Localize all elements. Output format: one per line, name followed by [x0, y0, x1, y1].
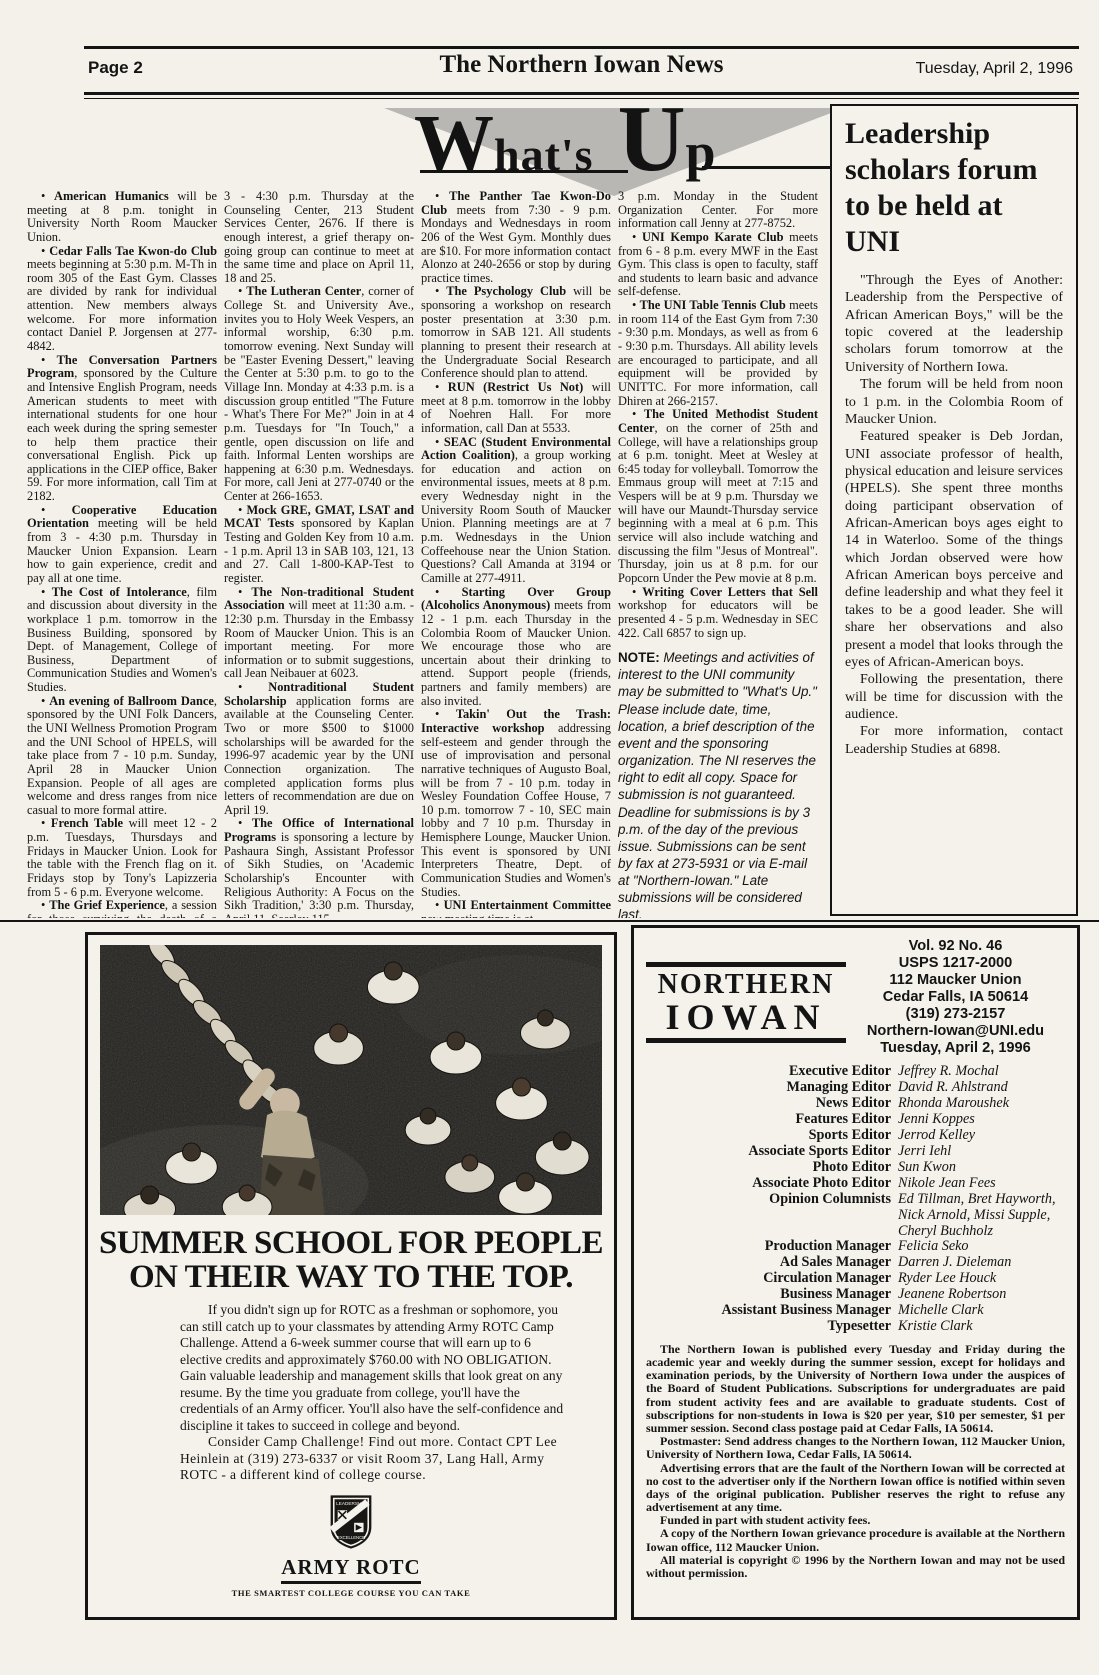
event-item: • UNI Kempo Karate Club meets from 6 - 8…: [618, 231, 818, 299]
bullet-glyph: •: [238, 680, 268, 694]
staff-name: Michelle Clark: [891, 1303, 984, 1319]
bullet-glyph: •: [41, 816, 51, 830]
header-rule-top: [84, 46, 1079, 49]
staff-role: Associate Sports Editor: [646, 1144, 891, 1160]
article-paragraph: Featured speaker is Deb Jordan, UNI asso…: [845, 428, 1063, 671]
event-lead: NOTE:: [618, 650, 660, 665]
event-text: , a group working for education and acti…: [421, 448, 611, 585]
masthead-info-line: Vol. 92 No. 46: [846, 938, 1065, 955]
event-text: is sponsoring a lecture by Pashaura Sing…: [224, 830, 414, 918]
event-text: meets from 12 - 1 p.m. each Thursday in …: [421, 598, 611, 707]
staff-name: David R. Ahlstrand: [891, 1080, 1008, 1096]
ad-logo-block: LEADERSHIP EXCELLENCE ARMY ROTC THE SMAR…: [88, 1493, 614, 1598]
staff-role: News Editor: [646, 1096, 891, 1112]
masthead-info-line: Northern-Iowan@UNI.edu: [846, 1023, 1065, 1040]
banner-letter-w: W: [414, 104, 494, 184]
events-column-3: • The Panther Tae Kwon-Do Club meets fro…: [421, 190, 611, 918]
masthead-paragraph: All material is copyright © 1996 by the …: [646, 1554, 1065, 1580]
events-column-2: 3 - 4:30 p.m. Thursday at the Counseling…: [224, 190, 414, 918]
event-item: • RUN (Restrict Us Not) will meet at 8 p…: [421, 381, 611, 436]
article-paragraph: For more information, contact Leadership…: [845, 723, 1063, 758]
army-rotc-shield-icon: LEADERSHIP EXCELLENCE: [327, 1493, 375, 1551]
event-text: Meetings and activities of interest to t…: [618, 650, 817, 918]
bullet-glyph: •: [41, 694, 49, 708]
staff-name: Ed Tillman, Bret Hayworth, Nick Arnold, …: [891, 1192, 1065, 1240]
bullet-glyph: •: [632, 585, 642, 599]
staff-row: Opinion ColumnistsEd Tillman, Bret Haywo…: [646, 1192, 1065, 1240]
staff-row: Ad Sales ManagerDarren J. Dieleman: [646, 1255, 1065, 1271]
article-paragraph: The forum will be held from noon to 1 p.…: [845, 376, 1063, 428]
event-item: • American Humanics will be meeting at 8…: [27, 190, 217, 245]
event-lead: The Cost of Intolerance: [52, 585, 187, 599]
staff-row: Associate Photo EditorNikole Jean Fees: [646, 1176, 1065, 1192]
event-lead: UNI Kempo Karate Club: [642, 230, 784, 244]
staff-row: Associate Sports EditorJerri Iehl: [646, 1144, 1065, 1160]
event-item: • The Lutheran Center, corner of College…: [224, 285, 414, 503]
masthead-info-line: USPS 1217-2000: [846, 955, 1065, 972]
ad-paragraph: If you didn't sign up for ROTC as a fres…: [180, 1302, 572, 1434]
ad-tagline: THE SMARTEST COLLEGE COURSE YOU CAN TAKE: [88, 1588, 614, 1598]
event-item: 3 p.m. Monday in the Student Organizatio…: [618, 190, 818, 231]
banner-letter-u: U: [618, 92, 686, 186]
northern-iowan-logo: NORTHERN IOWAN: [646, 936, 846, 1056]
event-item: • The UNI Table Tennis Club meets in roo…: [618, 299, 818, 408]
staff-row: Production ManagerFelicia Seko: [646, 1239, 1065, 1255]
staff-role: Executive Editor: [646, 1064, 891, 1080]
event-lead: Writing Cover Letters that Sell: [642, 585, 818, 599]
staff-role: Ad Sales Manager: [646, 1255, 891, 1271]
event-text: will be sponsoring a workshop on researc…: [421, 284, 611, 380]
publication-notes: The Northern Iowan is published every Tu…: [646, 1343, 1065, 1580]
event-lead: The Psychology Club: [446, 284, 566, 298]
event-text: application forms are available at the C…: [224, 694, 414, 817]
event-item: 3 - 4:30 p.m. Thursday at the Counseling…: [224, 190, 414, 285]
event-text: , corner of College St. and University A…: [224, 284, 414, 503]
event-text: workshop for educators will be presented…: [618, 598, 818, 639]
staff-name: Rhonda Maroushek: [891, 1096, 1009, 1112]
event-item: • Cedar Falls Tae Kwon-do Club meets beg…: [27, 245, 217, 354]
staff-name: Jenni Koppes: [891, 1112, 975, 1128]
bullet-glyph: •: [238, 284, 246, 298]
staff-role: Opinion Columnists: [646, 1192, 891, 1240]
bullet-glyph: •: [41, 190, 54, 203]
staff-row: Features EditorJenni Koppes: [646, 1112, 1065, 1128]
staff-row: Executive EditorJeffrey R. Mochal: [646, 1064, 1065, 1080]
banner-word-hats: hat's: [494, 132, 594, 178]
staff-role: Assistant Business Manager: [646, 1303, 891, 1319]
staff-name: Jerri Iehl: [891, 1144, 951, 1160]
event-lead: RUN (Restrict Us Not): [448, 380, 583, 394]
event-item: • The United Methodist Student Center, o…: [618, 408, 818, 585]
issue-date: Tuesday, April 2, 1996: [916, 60, 1073, 78]
bullet-glyph: •: [435, 707, 456, 721]
event-lead: The UNI Table Tennis Club: [640, 298, 786, 312]
staff-name: Jeffrey R. Mochal: [891, 1064, 999, 1080]
staff-role: Production Manager: [646, 1239, 891, 1255]
staff-role: Features Editor: [646, 1112, 891, 1128]
event-lead: UNI Entertainment Committee: [444, 898, 611, 912]
bullet-glyph: •: [632, 230, 642, 244]
ad-body: If you didn't sign up for ROTC as a fres…: [180, 1302, 572, 1483]
event-item: • Starting Over Group (Alcoholics Anonym…: [421, 586, 611, 709]
bullet-glyph: •: [41, 503, 72, 517]
logo-rule-top: [646, 962, 846, 967]
staff-row: Assistant Business ManagerMichelle Clark: [646, 1303, 1065, 1319]
event-item: • Nontraditional Student Scholarship app…: [224, 681, 414, 817]
masthead-box: NORTHERN IOWAN Vol. 92 No. 46USPS 1217-2…: [631, 925, 1080, 1620]
ad-headline-line: SUMMER SCHOOL FOR PEOPLE: [96, 1227, 606, 1261]
ad-headline: SUMMER SCHOOL FOR PEOPLEON THEIR WAY TO …: [96, 1227, 606, 1294]
staff-role: Associate Photo Editor: [646, 1176, 891, 1192]
staff-row: Photo EditorSun Kwon: [646, 1160, 1065, 1176]
whats-up-banner: What'sUp: [372, 104, 872, 199]
event-lead: French Table: [51, 816, 123, 830]
event-item: • Writing Cover Letters that Sell worksh…: [618, 586, 818, 641]
event-text: , on the corner of 25th and College, wil…: [618, 421, 818, 585]
staff-role: Typesetter: [646, 1319, 891, 1335]
leadership-article: Leadership scholars forum to be held at …: [830, 104, 1078, 916]
event-lead: The Lutheran Center: [246, 284, 361, 298]
staff-role: Circulation Manager: [646, 1271, 891, 1287]
event-item: • Cooperative Education Orientation meet…: [27, 504, 217, 586]
logo-line-2: IOWAN: [646, 999, 846, 1035]
staff-list: Executive EditorJeffrey R. MochalManagin…: [646, 1064, 1065, 1334]
events-column-1: • American Humanics will be meeting at 8…: [27, 190, 217, 918]
svg-text:EXCELLENCE: EXCELLENCE: [337, 1535, 365, 1540]
event-item: • Mock GRE, GMAT, LSAT and MCAT Tests sp…: [224, 504, 414, 586]
bullet-glyph: •: [632, 407, 644, 421]
staff-name: Jeanene Robertson: [891, 1287, 1006, 1303]
event-item: • Takin' Out the Trash: Interactive work…: [421, 708, 611, 899]
masthead-info-line: Tuesday, April 2, 1996: [846, 1040, 1065, 1057]
note-paragraph: NOTE: Meetings and activities of interes…: [618, 649, 818, 918]
staff-role: Managing Editor: [646, 1080, 891, 1096]
event-item: • An evening of Ballroom Dance, sponsore…: [27, 695, 217, 818]
event-text: , film and discussion about diversity in…: [27, 585, 217, 694]
event-lead: The Grief Experience: [49, 898, 165, 912]
masthead-paragraph: A copy of the Northern Iowan grievance p…: [646, 1527, 1065, 1553]
event-text: new meeting time is at: [421, 912, 533, 918]
rotc-photo: [100, 945, 602, 1215]
ad-paragraph: Consider Camp Challenge! Find out more. …: [180, 1434, 572, 1483]
event-text: 3 p.m. Monday in the Student Organizatio…: [618, 190, 818, 230]
event-item: • SEAC (Student Environmental Action Coa…: [421, 436, 611, 586]
logo-rule-bottom: [646, 1038, 846, 1043]
staff-role: Photo Editor: [646, 1160, 891, 1176]
event-lead: An evening of Ballroom Dance: [49, 694, 214, 708]
event-text: addressing self-esteem and gender throug…: [421, 721, 611, 899]
event-text: meets from 7:30 - 9 p.m. Mondays and Wed…: [421, 203, 611, 285]
event-item: • The Grief Experience, a session for th…: [27, 899, 217, 918]
masthead-top: NORTHERN IOWAN Vol. 92 No. 46USPS 1217-2…: [646, 936, 1065, 1056]
masthead-paragraph: Advertising errors that are the fault of…: [646, 1462, 1065, 1515]
event-item: • UNI Entertainment Committee new meetin…: [421, 899, 611, 918]
ad-logo-label: ARMY ROTC: [281, 1555, 420, 1584]
ad-headline-line: ON THEIR WAY TO THE TOP.: [96, 1261, 606, 1295]
event-item: • French Table will meet 12 - 2 p.m. Tue…: [27, 817, 217, 899]
logo-line-1: NORTHERN: [646, 970, 846, 999]
staff-row: Circulation ManagerRyder Lee Houck: [646, 1271, 1065, 1287]
event-lead: Cedar Falls Tae Kwon-do Club: [49, 244, 217, 258]
rotc-ad: SUMMER SCHOOL FOR PEOPLEON THEIR WAY TO …: [85, 932, 617, 1620]
masthead-info-line: Cedar Falls, IA 50614: [846, 989, 1065, 1006]
banner-letter-p: p: [685, 125, 715, 179]
event-item: • The Panther Tae Kwon-Do Club meets fro…: [421, 190, 611, 285]
article-body: "Through the Eyes of Another: Leadership…: [845, 272, 1063, 758]
staff-name: Ryder Lee Houck: [891, 1271, 996, 1287]
events-column-4: 3 p.m. Monday in the Student Organizatio…: [618, 190, 818, 918]
event-item: • The Non-traditional Student Associatio…: [224, 586, 414, 681]
bullet-glyph: •: [632, 298, 640, 312]
staff-row: TypesetterKristie Clark: [646, 1319, 1065, 1335]
event-text: , sponsored by the UNI Folk Dancers, the…: [27, 694, 217, 817]
event-item: • The Office of International Programs i…: [224, 817, 414, 918]
staff-name: Nikole Jean Fees: [891, 1176, 996, 1192]
section-divider-rule: [0, 920, 1099, 922]
banner-title: What'sUp: [414, 92, 716, 186]
bullet-glyph: •: [41, 898, 49, 912]
rope-climb-photo-illustration: [100, 945, 602, 1215]
event-text: meets beginning at 5:30 p.m. M-Th in roo…: [27, 257, 217, 353]
event-text: meets in room 114 of the East Gym from 7…: [618, 298, 818, 407]
staff-name: Jerrod Kelley: [891, 1128, 975, 1144]
article-paragraph: "Through the Eyes of Another: Leadership…: [845, 272, 1063, 376]
bullet-glyph: •: [41, 353, 57, 367]
staff-name: Darren J. Dieleman: [891, 1255, 1011, 1271]
article-paragraph: Following the presentation, there will b…: [845, 671, 1063, 723]
staff-name: Sun Kwon: [891, 1160, 956, 1176]
staff-name: Kristie Clark: [891, 1319, 973, 1335]
bullet-glyph: •: [41, 585, 52, 599]
bullet-glyph: •: [435, 898, 444, 912]
bullet-glyph: •: [435, 435, 444, 449]
masthead-info-line: (319) 273-2157: [846, 1006, 1065, 1023]
event-item: • The Psychology Club will be sponsoring…: [421, 285, 611, 380]
event-lead: American Humanics: [54, 190, 169, 203]
event-item: • The Cost of Intolerance, film and disc…: [27, 586, 217, 695]
bullet-glyph: •: [238, 816, 252, 830]
bullet-glyph: •: [238, 585, 251, 599]
staff-row: Sports EditorJerrod Kelley: [646, 1128, 1065, 1144]
event-text: , sponsored by the Culture and Intensive…: [27, 366, 217, 503]
masthead-paragraph: The Northern Iowan is published every Tu…: [646, 1343, 1065, 1435]
article-headline: Leadership scholars forum to be held at …: [845, 116, 1063, 260]
staff-row: Business ManagerJeanene Robertson: [646, 1287, 1065, 1303]
staff-role: Sports Editor: [646, 1128, 891, 1144]
staff-row: Managing EditorDavid R. Ahlstrand: [646, 1080, 1065, 1096]
staff-name: Felicia Seko: [891, 1239, 969, 1255]
staff-role: Business Manager: [646, 1287, 891, 1303]
newspaper-page: { "header": { "page_number": "Page 2", "…: [0, 0, 1099, 1675]
bullet-glyph: •: [435, 284, 446, 298]
event-text: 3 - 4:30 p.m. Thursday at the Counseling…: [224, 190, 414, 285]
bullet-glyph: •: [435, 585, 462, 599]
masthead-paragraph: Postmaster: Send address changes to the …: [646, 1435, 1065, 1461]
staff-row: News EditorRhonda Maroushek: [646, 1096, 1065, 1112]
bullet-glyph: •: [435, 380, 448, 394]
event-item: • The Conversation Partners Program, spo…: [27, 354, 217, 504]
bullet-glyph: •: [435, 190, 449, 203]
masthead-info: Vol. 92 No. 46USPS 1217-2000112 Maucker …: [846, 936, 1065, 1056]
masthead-info-line: 112 Maucker Union: [846, 972, 1065, 989]
